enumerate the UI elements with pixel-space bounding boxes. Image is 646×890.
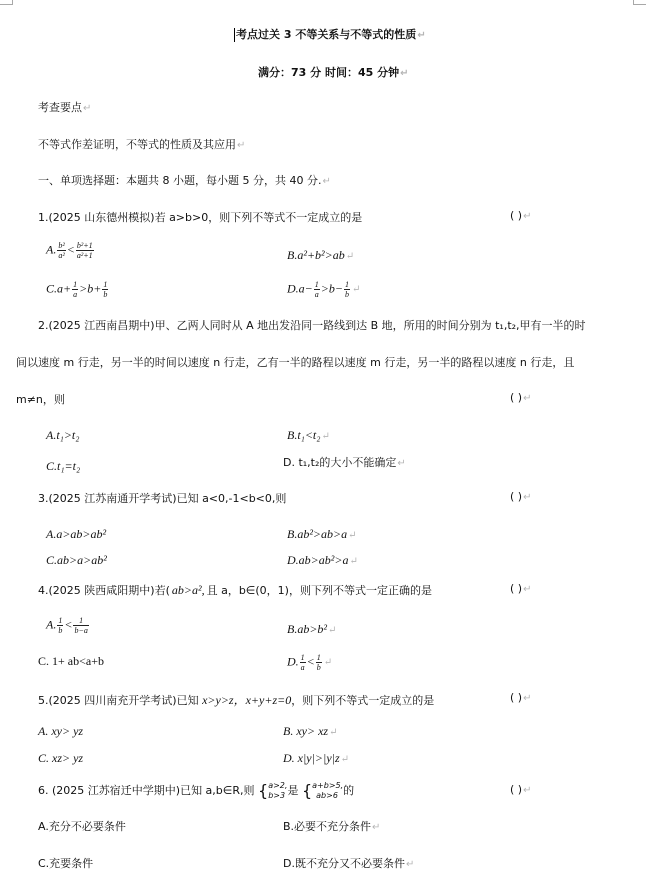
denominator: a²+1 [76, 251, 94, 260]
paragraph-mark-icon: ↵ [523, 492, 531, 503]
left-brace-icon: { [302, 786, 312, 796]
numerator: 1 [72, 280, 78, 290]
denominator: b [344, 290, 350, 299]
key-points-heading: 考查要点↵ [38, 99, 91, 115]
fraction: b²a² [57, 241, 65, 260]
option-text: a+ [57, 281, 71, 295]
numerator: 1 [300, 653, 306, 663]
option-text: C.充要条件 [38, 857, 93, 870]
answer-blank-2[interactable]: ( )↵ [510, 391, 531, 404]
answer-blank-6[interactable]: ( )↵ [510, 783, 531, 796]
fraction: 1a [300, 653, 306, 672]
page-corner-mark-left [0, 0, 13, 5]
option-text: B.必要不充分条件 [283, 820, 371, 833]
paragraph-mark-icon: ↵ [400, 68, 408, 79]
question-2-stem-text: 间以速度 m 行走，另一半的时间以速度 n 行走，乙有一半的路程以速度 m 行走… [16, 356, 574, 369]
denominator: a [314, 290, 320, 299]
key-points-content: 不等式作差证明，不等式的性质及其应用↵ [38, 136, 245, 152]
question-5-option-d[interactable]: D. x|y|>|y|z↵ [283, 751, 349, 766]
paragraph-mark-icon: ↵ [523, 211, 531, 222]
question-1-option-a[interactable]: A.b²a²<b²+1a²+1 [46, 241, 95, 260]
question-3-option-a[interactable]: A.a>ab>ab² [46, 527, 106, 542]
question-6-option-a[interactable]: A.充分不必要条件 [38, 818, 126, 834]
section-heading: 一、单项选择题：本题共 8 小题，每小题 5 分，共 40 分.↵ [38, 172, 331, 188]
page-title: 考点过关 3 不等关系与不等式的性质↵ [234, 26, 426, 42]
option-text: B.ab>b² [287, 622, 327, 636]
question-1-stem-text: 1.(2025 山东德州模拟)若 a>b>0，则下列不等式不一定成立的是 [38, 211, 362, 224]
condition-system-1: {a>2,b>3 [258, 781, 287, 801]
numerator: b²+1 [76, 241, 94, 251]
question-3-option-b[interactable]: B.ab²>ab>a↵ [287, 527, 357, 542]
answer-paren: ( ) [510, 490, 522, 503]
question-2-stem-line-3: m≠n，则 [16, 391, 65, 407]
operator: < [67, 242, 75, 256]
option-label: D. [287, 281, 299, 295]
option-text: C. xz> yz [38, 751, 83, 765]
question-2-stem-line-1: 2.(2025 江西南昌期中)甲、乙两人同时从 A 地出发沿同一路线到达 B 地… [38, 317, 586, 333]
question-5-stem-text: 5.(2025 四川南充开学考试)已知 [38, 694, 202, 707]
option-label: A. [46, 242, 56, 256]
fraction: 1b [57, 616, 63, 635]
question-4-option-d[interactable]: D.1a<1b↵ [287, 653, 332, 672]
question-6-stem-text: 的 [343, 784, 354, 797]
option-text: B. xy> xz [283, 724, 328, 738]
answer-paren: ( ) [510, 582, 522, 595]
condition-top: a+b>5, [312, 781, 343, 791]
option-text: A. xy> yz [38, 724, 83, 738]
paragraph-mark-icon: ↵ [348, 530, 356, 541]
paragraph-mark-icon: ↵ [523, 584, 531, 595]
key-points-heading-text: 考查要点 [38, 101, 82, 114]
option-text: A.t₁>t₂ [46, 428, 79, 442]
fraction: 1b [344, 280, 350, 299]
question-2-stem-line-2: 间以速度 m 行走，另一半的时间以速度 n 行走，乙有一半的路程以速度 m 行走… [16, 354, 574, 370]
question-4-option-a[interactable]: A.1b<1b−a [46, 616, 90, 635]
answer-paren: ( ) [510, 783, 522, 796]
question-4-math: ab>a², [172, 583, 205, 597]
question-2-option-a[interactable]: A.t₁>t₂ [46, 428, 79, 443]
option-text: B.t₁<t₂ [287, 428, 320, 442]
operator: < [307, 654, 315, 668]
condition-system-2: {a+b>5,ab>6 [302, 781, 343, 801]
paragraph-mark-icon: ↵ [322, 176, 330, 187]
option-text: a− [299, 281, 313, 295]
paragraph-mark-icon: ↵ [237, 140, 245, 151]
question-2-stem-text: m≠n，则 [16, 393, 65, 406]
question-5-option-c[interactable]: C. xz> yz [38, 751, 83, 766]
question-1-option-d[interactable]: D.a−1a>b−1b↵ [287, 280, 360, 299]
paragraph-mark-icon: ↵ [349, 556, 357, 567]
denominator: a [72, 290, 78, 299]
fraction: b²+1a²+1 [76, 241, 94, 260]
option-text: C. 1+ ab<a+b [38, 654, 104, 668]
option-label: B. [287, 248, 297, 262]
left-brace-icon: { [258, 786, 268, 796]
title-text: 考点过关 3 不等关系与不等式的性质 [236, 28, 416, 41]
option-text: a²+b²>ab [297, 248, 344, 262]
question-2-option-d[interactable]: D. t₁,t₂的大小不能确定↵ [283, 454, 406, 470]
denominator: b [57, 626, 63, 635]
condition-stack: a+b>5,ab>6 [312, 781, 343, 801]
key-points-content-text: 不等式作差证明，不等式的性质及其应用 [38, 138, 236, 151]
question-5-stem: 5.(2025 四川南充开学考试)已知 x>y>z，x+y+z=0，则下列不等式… [38, 691, 434, 708]
paragraph-mark-icon: ↵ [406, 859, 414, 870]
question-3-option-d[interactable]: D.ab>ab²>a↵ [287, 553, 358, 568]
question-5-option-b[interactable]: B. xy> xz↵ [283, 724, 337, 739]
question-2-stem-text: 2.(2025 江西南昌期中)甲、乙两人同时从 A 地出发沿同一路线到达 B 地… [38, 319, 586, 332]
question-4-stem-text: 4.(2025 陕西咸阳期中)若( [38, 584, 170, 597]
option-label: A. [46, 617, 56, 631]
condition-bottom: ab>6 [312, 791, 343, 801]
question-5-math: x>y>z，x+y+z=0 [202, 693, 291, 707]
option-text: >b− [321, 281, 343, 295]
page-corner-mark-right [633, 0, 646, 5]
question-1-option-b[interactable]: B.a²+b²>ab↵ [287, 248, 354, 263]
question-6-stem-text: 是 [287, 784, 298, 797]
denominator: b−a [73, 626, 88, 635]
answer-paren: ( ) [510, 209, 522, 222]
numerator: 1 [57, 616, 63, 626]
fraction: 1a [72, 280, 78, 299]
page-subtitle: 满分：73 分 时间：45 分钟↵ [258, 64, 409, 80]
condition-bottom: b>3 [268, 791, 287, 801]
question-3-stem: 3.(2025 江苏南通开学考试)已知 a<0,-1<b<0,则 [38, 490, 286, 506]
question-6-stem: 6. (2025 江苏宿迁中学期中)已知 a,b∈R,则 {a>2,b>3是 {… [38, 781, 354, 801]
option-text: A.充分不必要条件 [38, 820, 126, 833]
question-5-stem-text: ，则下列不等式一定成立的是 [291, 694, 434, 707]
answer-blank-3[interactable]: ( )↵ [510, 490, 531, 503]
paragraph-mark-icon: ↵ [523, 785, 531, 796]
option-text: A.a>ab>ab² [46, 527, 106, 541]
option-text: D.ab>ab²>a [287, 553, 348, 567]
option-text: C.ab>a>ab² [46, 553, 107, 567]
denominator: a² [57, 251, 65, 260]
denominator: b [316, 663, 322, 672]
fraction: 1a [314, 280, 320, 299]
answer-blank-5[interactable]: ( )↵ [510, 691, 531, 704]
option-label: C. [46, 281, 57, 295]
option-text: >b+ [79, 281, 101, 295]
condition-top: a>2, [268, 781, 287, 791]
paragraph-mark-icon: ↵ [372, 822, 380, 833]
question-4-option-c[interactable]: C. 1+ ab<a+b [38, 654, 104, 669]
question-4-option-b[interactable]: B.ab>b²↵ [287, 622, 336, 637]
paragraph-mark-icon: ↵ [397, 458, 405, 469]
paragraph-mark-icon: ↵ [329, 727, 337, 738]
paragraph-mark-icon: ↵ [83, 103, 91, 114]
paragraph-mark-icon: ↵ [324, 657, 332, 668]
section-heading-text: 一、单项选择题：本题共 8 小题，每小题 5 分，共 40 分. [38, 174, 321, 187]
option-text: C.t₁=t₂ [46, 459, 80, 473]
paragraph-mark-icon: ↵ [341, 754, 349, 765]
fraction: 1b−a [73, 616, 88, 635]
fraction: 1b [316, 653, 322, 672]
option-text: D.既不充分又不必要条件 [283, 857, 405, 870]
text-cursor [234, 28, 235, 42]
paragraph-mark-icon: ↵ [346, 251, 354, 262]
option-label: D. [287, 654, 299, 668]
numerator: 1 [102, 280, 108, 290]
paragraph-mark-icon: ↵ [328, 625, 336, 636]
option-text: D. t₁,t₂的大小不能确定 [283, 456, 396, 469]
question-6-stem-text: 6. (2025 江苏宿迁中学期中)已知 a,b∈R,则 [38, 784, 255, 797]
question-4-stem: 4.(2025 陕西咸阳期中)若(ab>a²,且 a，b∈(0，1)，则下列不等… [38, 582, 432, 598]
denominator: a [300, 663, 306, 672]
paragraph-mark-icon: ↵ [321, 431, 329, 442]
numerator: 1 [344, 280, 350, 290]
numerator: b² [57, 241, 65, 251]
question-1-option-c[interactable]: C.a+1a>b+1b [46, 280, 109, 299]
question-2-option-c[interactable]: C.t₁=t₂ [46, 459, 80, 474]
answer-blank-1[interactable]: ( )↵ [510, 209, 531, 222]
question-2-option-b[interactable]: B.t₁<t₂↵ [287, 428, 330, 443]
question-1-stem: 1.(2025 山东德州模拟)若 a>b>0，则下列不等式不一定成立的是 [38, 209, 362, 225]
numerator: 1 [314, 280, 320, 290]
paragraph-mark-icon: ↵ [523, 693, 531, 704]
fraction: 1b [102, 280, 108, 299]
answer-blank-4[interactable]: ( )↵ [510, 582, 531, 595]
condition-stack: a>2,b>3 [268, 781, 287, 801]
paragraph-mark-icon: ↵ [417, 30, 425, 41]
subtitle-text: 满分：73 分 时间：45 分钟 [258, 66, 399, 79]
question-6-option-b[interactable]: B.必要不充分条件↵ [283, 818, 380, 834]
option-text: D. x|y|>|y|z [283, 751, 340, 765]
operator: < [64, 617, 72, 631]
question-6-option-d[interactable]: D.既不充分又不必要条件↵ [283, 855, 414, 871]
answer-paren: ( ) [510, 691, 522, 704]
question-3-stem-text: 3.(2025 江苏南通开学考试)已知 a<0,-1<b<0,则 [38, 492, 286, 505]
question-4-stem-text: 且 a，b∈(0，1)，则下列不等式一定正确的是 [207, 584, 432, 597]
question-5-option-a[interactable]: A. xy> yz [38, 724, 83, 739]
paragraph-mark-icon: ↵ [352, 284, 360, 295]
numerator: 1 [73, 616, 88, 626]
paragraph-mark-icon: ↵ [523, 393, 531, 404]
question-6-option-c[interactable]: C.充要条件 [38, 855, 93, 871]
question-3-option-c[interactable]: C.ab>a>ab² [46, 553, 107, 568]
answer-paren: ( ) [510, 391, 522, 404]
option-text: B.ab²>ab>a [287, 527, 347, 541]
numerator: 1 [316, 653, 322, 663]
denominator: b [102, 290, 108, 299]
